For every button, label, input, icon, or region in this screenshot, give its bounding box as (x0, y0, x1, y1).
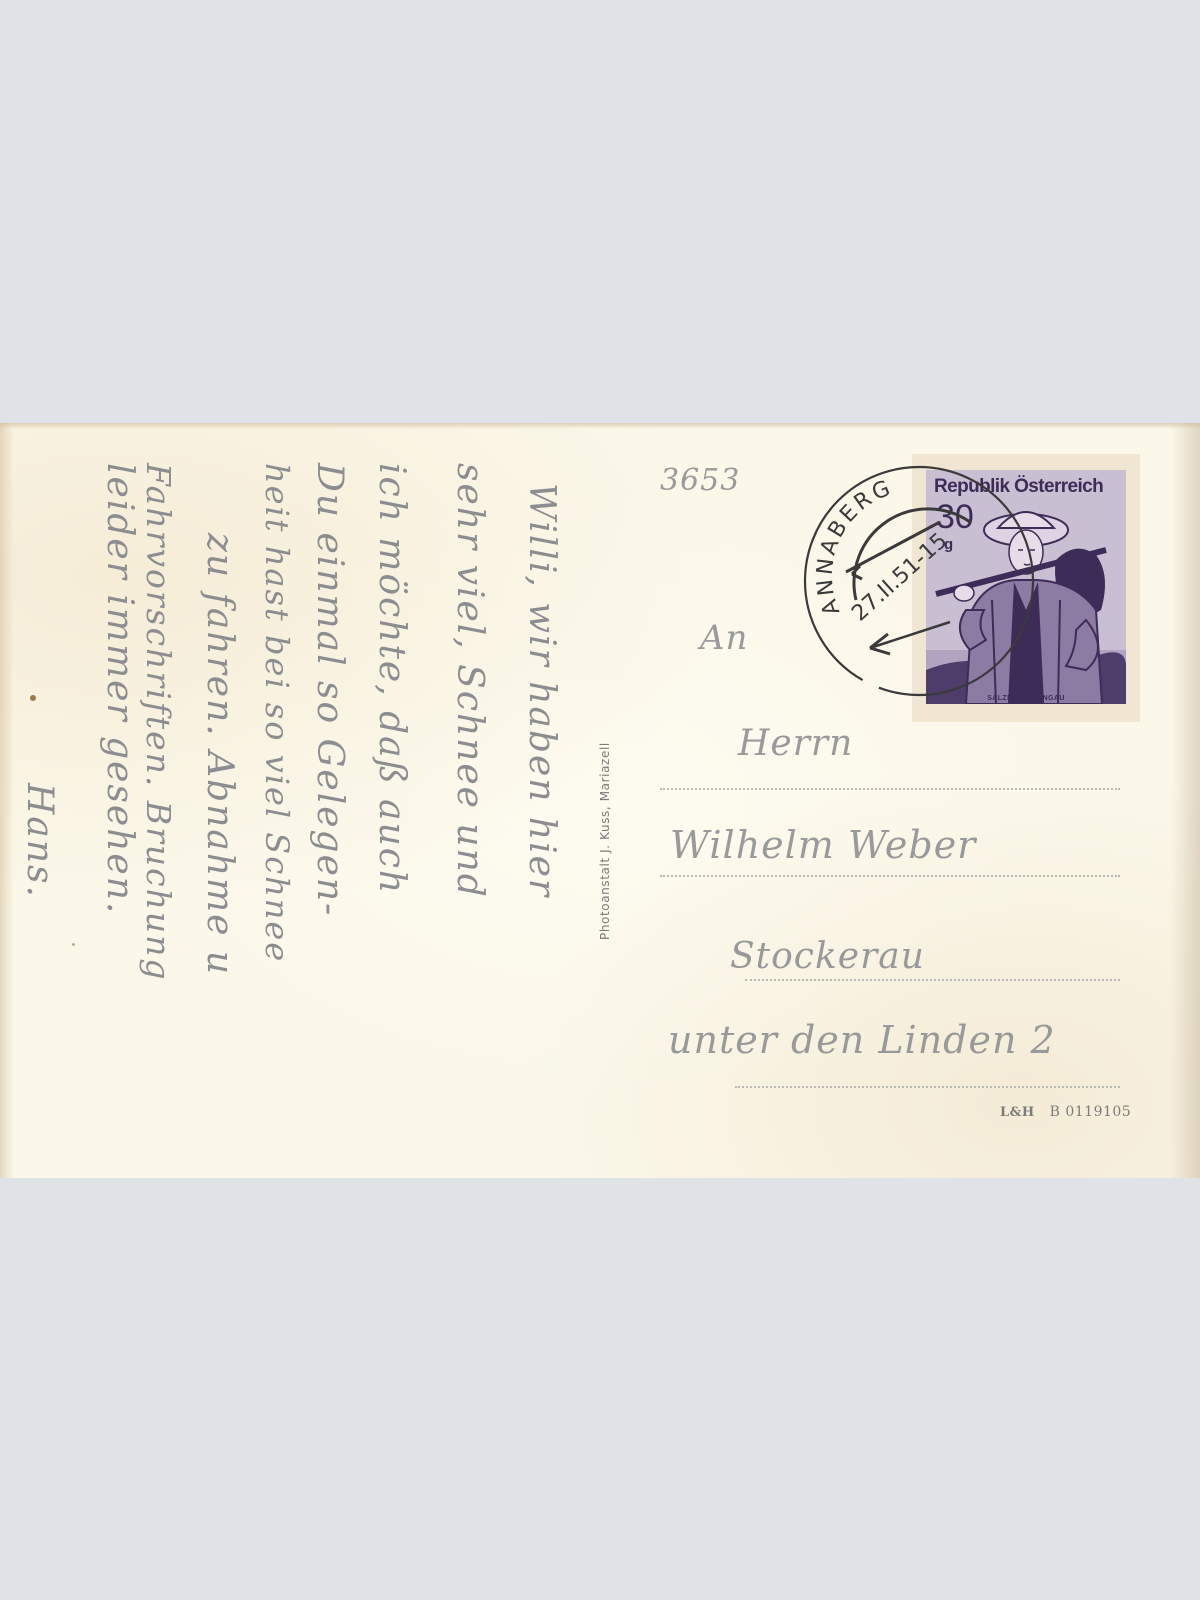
address-line (745, 979, 1120, 981)
message-line: Fahrvorschriften. Bruchung (139, 463, 178, 982)
address-name: Wilhelm Weber (670, 823, 976, 867)
message-line: Du einmal so Gelegen- (309, 463, 350, 917)
publisher-imprint: Photoanstalt J. Kuss, Mariazell (598, 742, 612, 940)
address-line (735, 1086, 1120, 1088)
card-edge-top (0, 423, 1200, 429)
card-edge-left (0, 423, 14, 1178)
publisher-logo: L&H (1000, 1105, 1035, 1120)
catalog-number: 3653 (660, 463, 740, 498)
message-line: sehr viel, Schnee und (449, 463, 490, 899)
address-city: Stockerau (730, 936, 925, 977)
card-edge-right (1170, 423, 1200, 1178)
address-line (660, 875, 1120, 877)
message-signature: Hans. (19, 783, 60, 899)
address-salutation: An (700, 618, 748, 658)
message-line: ich möchte, daß auch (371, 463, 412, 895)
message-line: zu fahren. Abnahme u (199, 533, 240, 976)
serial-number: L&H B 0119105 (1000, 1104, 1131, 1120)
foxing-spot (30, 695, 36, 701)
address-title: Herrn (738, 723, 853, 764)
address-street: unter den Linden 2 (668, 1018, 1056, 1062)
message-line: leider immer gesehen. (99, 463, 140, 915)
message-line: heit hast bei so viel Schnee (258, 463, 296, 963)
postmark-cancellation: ANNABERG 27.II.51-15 (800, 462, 1038, 700)
foxing-spot (72, 943, 75, 946)
message-line: Willi, wir haben hier (521, 483, 562, 898)
serial-value: B 0119105 (1050, 1104, 1132, 1120)
address-line (660, 788, 1120, 790)
